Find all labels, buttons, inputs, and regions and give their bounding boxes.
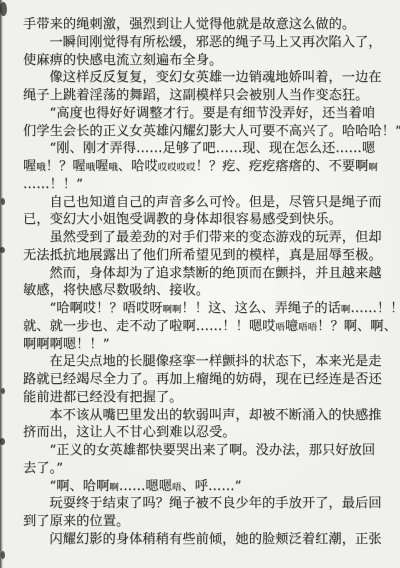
- text-line: 虽然受到了最差劲的对手们带来的变态游戏的玩弄，但却: [23, 229, 383, 247]
- text-run: 到了原来的位置。: [23, 514, 129, 529]
- text-run: 喔: [95, 159, 108, 174]
- text-run: ……！！: [350, 301, 400, 316]
- small-onomatopoeia-text: 唔唔: [298, 322, 317, 333]
- text-line: 无法抵抗地展露出了他们所希望见到的模样，真是屈辱至极。: [23, 247, 383, 265]
- text-line: “哈啊哎！？唔哎呀啊啊！！这、这么、弄绳子的话啊……！！: [23, 300, 383, 318]
- text-line: 到了原来的位置。: [23, 513, 383, 531]
- scan-speck: [1, 551, 5, 559]
- text-line: “正义的女英雄都快要哭出来了啊。没办法，那只好放回: [23, 442, 383, 460]
- text-run: 噫: [285, 319, 298, 334]
- text-line: 玩耍终于结束了吗？绳子被不良少年的手放开了，最后回: [23, 495, 383, 513]
- text-run: ……嗯嗯: [119, 479, 172, 494]
- text-run: 敏感，将快感尽数吸纳、接收。: [23, 283, 209, 298]
- scan-speck: [1, 388, 5, 394]
- text-line: 能前进都已经没有把握了。: [23, 389, 383, 407]
- text-run: ！？疙、疙疙瘩瘩的、不要啊: [196, 159, 369, 174]
- text-run: ！？啊、啊、: [317, 319, 397, 334]
- text-run: 一瞬间刚觉得有所松缓，邪恶的绳子马上又再次陷入了，: [49, 35, 381, 50]
- text-run: 就、就一步也、走不动了啦啊……！！嗯哎: [23, 319, 275, 334]
- text-run: 使麻痹的快感电流立刻遍布全身。: [23, 53, 222, 68]
- small-onomatopoeia-text: 啊: [109, 482, 118, 493]
- text-line: “刚、刚才弄得……足够了吧……现、现在怎么还……嗯: [23, 140, 383, 158]
- page-text: 手带来的绳刺激，强烈到让人觉得他就是故意这么做的。一瞬间刚觉得有所松缓，邪恶的绳…: [23, 16, 383, 549]
- text-run: 、呼……”: [181, 479, 241, 494]
- text-line: 绳子上跳着淫荡的舞蹈，这副模样只会被别人当作变态狂。: [23, 87, 383, 105]
- scan-speck: [1, 198, 5, 205]
- text-run: 去了。”: [23, 461, 63, 476]
- text-run: 无法抵抗地展露出了他们所希望见到的模样，真是屈辱至极。: [23, 248, 382, 263]
- text-line: 敏感，将快感尽数吸纳、接收。: [23, 282, 383, 300]
- small-onomatopoeia-text: 哦: [36, 162, 45, 173]
- text-line: 然而，身体却为了追求禁断的绝顶而在颤抖，并且越来越: [23, 265, 383, 283]
- text-line: 一瞬间刚觉得有所松缓，邪恶的绳子马上又再次陷入了，: [23, 34, 383, 52]
- text-line: 本不该从嘴巴里发出的软弱叫声，却被不断涌入的快感推: [23, 407, 383, 425]
- text-run: ！！这、这么、弄绳子的话: [181, 301, 340, 316]
- text-run: “高度也得好好调整才行。要是有细节没弄好，还当着咱: [49, 106, 375, 121]
- text-line: 已，变幻大小姐饱受调教的身体却很容易感受到快乐。: [23, 211, 383, 229]
- text-run: 绳子上跳着淫荡的舞蹈，这副模样只会被别人当作变态狂。: [23, 88, 368, 103]
- text-line: 啊啊啊嗯！！”: [23, 336, 383, 354]
- small-onomatopoeia-text: 唔: [275, 322, 284, 333]
- text-line: “高度也得好好调整才行。要是有细节没弄好，还当着咱: [23, 105, 383, 123]
- text-line: 去了。”: [23, 460, 383, 478]
- text-run: “刚、刚才弄得……足够了吧……现、现在怎么还……嗯: [49, 141, 375, 156]
- text-line: 闪耀幻影的身体稍稍有些前倾，她的脸颊泛着红潮，正张: [23, 531, 383, 549]
- text-line: ……！！”: [23, 176, 383, 194]
- text-line: 挤而出，这让人不甘心到难以忍受。: [23, 424, 383, 442]
- text-line: 们学生会长的正义女英雄闪耀幻影大人可要不高兴了。哈哈哈！”: [23, 123, 383, 141]
- text-run: 啊啊啊嗯！！”: [23, 337, 110, 352]
- text-run: 在足尖点地的长腿像痉挛一样颤抖的状态下，本来光是走: [49, 354, 381, 369]
- text-line: 自己也知道自己的声音多么可怜。但是，尽管只是绳子而: [23, 194, 383, 212]
- scan-speck: [0, 247, 5, 253]
- small-onomatopoeia-text: 哎哎哎哎: [158, 162, 196, 173]
- text-line: 就、就一步也、走不动了啦啊……！！嗯哎唔噫唔唔！？啊、啊、: [23, 318, 383, 336]
- text-line: 手带来的绳刺激，强烈到让人觉得他就是故意这么做的。: [23, 16, 383, 34]
- text-run: ……！！”: [23, 177, 83, 192]
- text-run: 、哈哎: [118, 159, 158, 174]
- book-page: 手带来的绳刺激，强烈到让人觉得他就是故意这么做的。一瞬间刚觉得有所松缓，邪恶的绳…: [0, 0, 400, 568]
- text-line: 路就已经竭尽全力了。再加上瘤绳的妨碍，现在已经连是否还: [23, 371, 383, 389]
- small-onomatopoeia-text: 啊: [341, 304, 350, 315]
- text-line: 喔哦！？喔哦喔哦、哈哎哎哎哎哎！？疙、疙疙瘩瘩的、不要啊啊: [23, 158, 383, 176]
- text-line: “啊、哈啊啊……嗯嗯唔、呼……”: [23, 478, 383, 496]
- text-run: “正义的女英雄都快要哭出来了啊。没办法，那只好放回: [49, 443, 375, 458]
- text-run: 本不该从嘴巴里发出的软弱叫声，却被不断涌入的快感推: [49, 408, 381, 423]
- text-run: “啊、哈啊: [49, 479, 109, 494]
- text-run: “哈啊哎！？唔哎呀: [49, 301, 162, 316]
- text-run: 自己也知道自己的声音多么可怜。但是，尽管只是绳子而: [49, 195, 381, 210]
- text-run: 虽然受到了最差劲的对手们带来的变态游戏的玩弄，但却: [49, 230, 381, 245]
- text-run: 然而，身体却为了追求禁断的绝顶而在颤抖，并且越来越: [49, 266, 381, 281]
- text-run: ！？喔: [46, 159, 86, 174]
- text-run: 喔: [23, 159, 36, 174]
- text-line: 使麻痹的快感电流立刻遍布全身。: [23, 52, 383, 70]
- scan-speck: [0, 438, 5, 445]
- scan-edge-artifact: [0, 0, 3, 568]
- text-line: 像这样反反复复，变幻女英雄一边销魂地娇叫着，一边在: [23, 69, 383, 87]
- small-onomatopoeia-text: 哦: [108, 162, 117, 173]
- text-run: 手带来的绳刺激，强烈到让人觉得他就是故意这么做的。: [23, 17, 355, 32]
- scan-speck: [0, 2, 7, 16]
- text-line: 在足尖点地的长腿像痉挛一样颤抖的状态下，本来光是走: [23, 353, 383, 371]
- text-run: 路就已经竭尽全力了。再加上瘤绳的妨碍，现在已经连是否还: [23, 372, 382, 387]
- text-run: 能前进都已经没有把握了。: [23, 390, 182, 405]
- text-run: 玩耍终于结束了吗？绳子被不良少年的手放开了，最后回: [49, 496, 381, 511]
- text-run: 像这样反反复复，变幻女英雄一边销魂地娇叫着，一边在: [49, 70, 381, 85]
- text-run: 闪耀幻影的身体稍稍有些前倾，她的脸颊泛着红潮，正张: [49, 532, 381, 547]
- small-onomatopoeia-text: 哦: [86, 162, 95, 173]
- text-run: 已，变幻大小姐饱受调教的身体却很容易感受到快乐。: [23, 212, 342, 227]
- small-onomatopoeia-text: 啊: [368, 162, 377, 173]
- small-onomatopoeia-text: 啊啊: [163, 304, 182, 315]
- text-run: 们学生会长的正义女英雄闪耀幻影大人可要不高兴了。哈哈哈！”: [23, 124, 400, 139]
- text-run: 挤而出，这让人不甘心到难以忍受。: [23, 425, 236, 440]
